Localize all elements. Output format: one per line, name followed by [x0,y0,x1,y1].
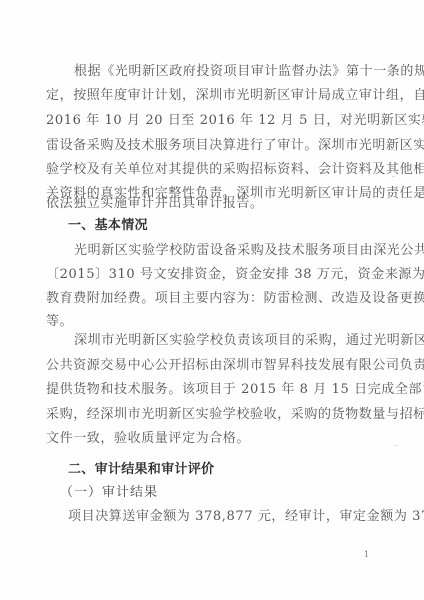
text-line: 公共资源交易中心公开招标由深圳市智昇科技发展有限公司负责 [46,357,368,375]
text-line: 教育费附加经费。项目主要内容为：防雷检测、改造及设备更换 [46,290,368,308]
page-number: 1 [364,550,369,559]
text-line: 提供货物和技术服务。该项目于 2015 年 8 月 15 日完成全部设备 [46,381,368,399]
scan-artifact [392,176,395,177]
text-line: 2016 年 10 月 20 日至 2016 年 12 月 5 日，对光明新区实… [46,112,368,130]
text-line: 〔2015〕310 号文安排资金，资金安排 38 万元，资金来源为地方 [46,266,368,284]
section-heading-basic-info: 一、基本情况 [68,217,148,235]
text-line: 根据《光明新区政府投资项目审计监督办法》第十一条的规 [74,63,368,81]
text-line: 项目决算送审金额为 378,877 元，经审计，审定金额为 378,877 [68,508,368,526]
scan-artifact [394,445,397,446]
text-line: 光明新区实验学校防雷设备采购及技术服务项目由深光公共 [74,242,368,260]
text-line: 雷设备采购及技术服务项目决算进行了审计。深圳市光明新区实 [46,137,368,155]
section-heading-audit-results: 二、审计结果和审计评价 [68,461,214,479]
text-line: 深圳市光明新区实验学校负责该项目的采购，通过光明新区 [74,332,368,350]
text-line: 采购，经深圳市光明新区实验学校验收，采购的货物数量与招标 [46,406,368,424]
text-line: 依法独立实施审计并出具审计报告。 [46,195,368,213]
subsection-heading-audit-result: （一）审计结果 [60,484,158,502]
scan-artifact [393,150,396,151]
text-line: 等。 [46,313,368,331]
text-line: 文件一致，验收质量评定为合格。 [46,430,368,448]
document-page: 根据《光明新区政府投资项目审计监督办法》第十一条的规 定，按照年度审计计划，深圳… [0,0,424,600]
text-line: 验学校及有关单位对其提供的采购招标资料、会计资料及其他相 [46,161,368,179]
text-line: 定，按照年度审计计划，深圳市光明新区审计局成立审计组，自 [46,87,368,105]
